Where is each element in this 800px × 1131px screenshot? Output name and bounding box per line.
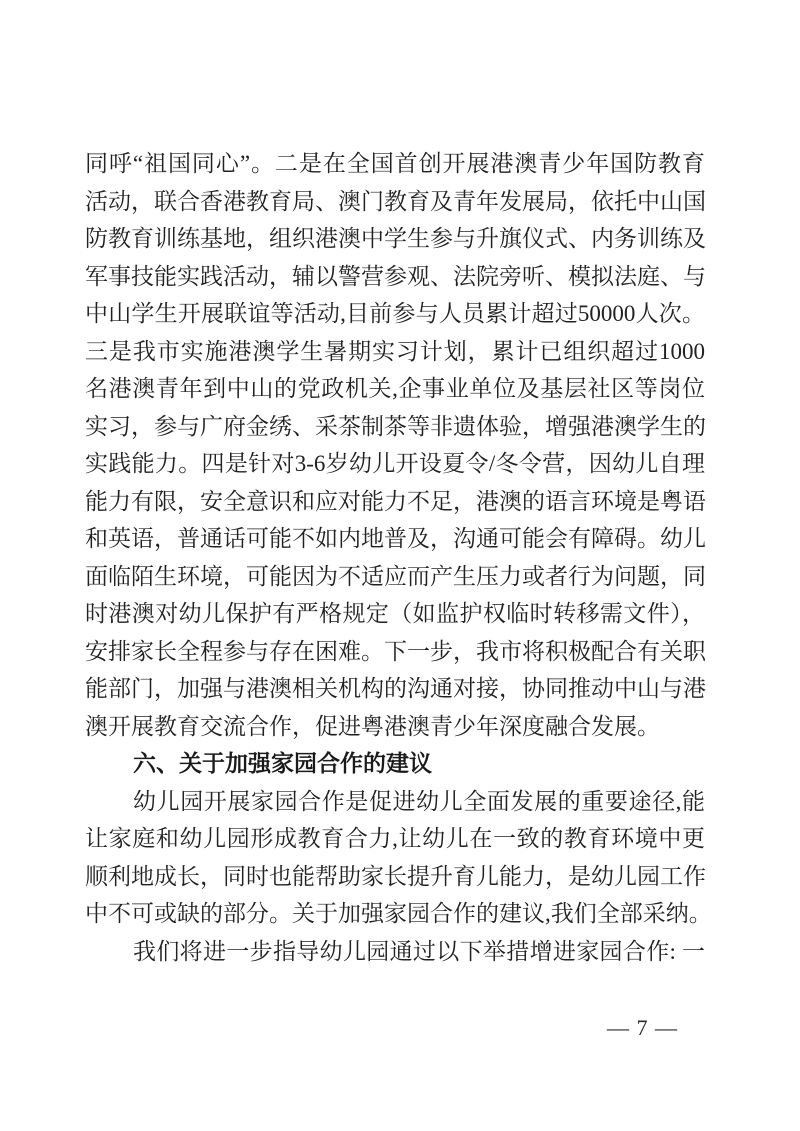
body-line: 时港澳对幼儿保护有严格规定（如监护权临时转移需文件）， xyxy=(85,595,705,633)
body-line: 同呼“祖国同心”。二是在全国首创开展港澳青少年国防教育 xyxy=(85,145,705,183)
body-line: 活动，联合香港教育局、澳门教育及青年发展局，依托中山国 xyxy=(85,183,705,221)
body-line: 能部门，加强与港澳相关机构的沟通对接，协同推动中山与港 xyxy=(85,670,705,708)
document-page: 同呼“祖国同心”。二是在全国首创开展港澳青少年国防教育 活动，联合香港教育局、澳… xyxy=(0,0,800,1131)
body-line-paragraph-end: 澳开展教育交流合作，促进粤港澳青少年深度融合发展。 xyxy=(85,708,705,746)
body-line: 顺利地成长，同时也能帮助家长提升育儿能力，是幼儿园工作 xyxy=(85,858,705,896)
body-line: 安排家长全程参与存在困难。下一步，我市将积极配合有关职 xyxy=(85,633,705,671)
body-line-first-of-paragraph: 幼儿园开展家园合作是促进幼儿全面发展的重要途径,能 xyxy=(85,783,705,821)
body-line: 三是我市实施港澳学生暑期实习计划，累计已组织超过1000 xyxy=(85,333,705,371)
body-line: 和英语，普通话可能不如内地普及，沟通可能会有障碍。幼儿 xyxy=(85,520,705,558)
body-line: 中不可或缺的部分。关于加强家园合作的建议,我们全部采纳。 xyxy=(85,895,705,933)
body-line: 实习，参与广府金绣、采茶制茶等非遗体验，增强港澳学生的 xyxy=(85,408,705,446)
body-line: 能力有限，安全意识和应对能力不足，港澳的语言环境是粤语 xyxy=(85,483,705,521)
body-line: 面临陌生环境，可能因为不适应而产生压力或者行为问题，同 xyxy=(85,558,705,596)
section-heading: 六、关于加强家园合作的建议 xyxy=(85,745,705,783)
body-line: 让家庭和幼儿园形成教育合力,让幼儿在一致的教育环境中更 xyxy=(85,820,705,858)
document-body: 同呼“祖国同心”。二是在全国首创开展港澳青少年国防教育 活动，联合香港教育局、澳… xyxy=(85,145,705,970)
page-number: — 7 — xyxy=(607,1014,678,1042)
body-line-first-of-paragraph: 我们将进一步指导幼儿园通过以下举措增进家园合作: 一 xyxy=(85,933,705,971)
body-line: 实践能力。四是针对3-6岁幼儿开设夏令/冬令营，因幼儿自理 xyxy=(85,445,705,483)
body-line: 名港澳青年到中山的党政机关,企事业单位及基层社区等岗位 xyxy=(85,370,705,408)
body-line: 中山学生开展联谊等活动,目前参与人员累计超过50000人次。 xyxy=(85,295,705,333)
body-line: 防教育训练基地，组织港澳中学生参与升旗仪式、内务训练及 xyxy=(85,220,705,258)
body-line: 军事技能实践活动，辅以警营参观、法院旁听、模拟法庭、与 xyxy=(85,258,705,296)
